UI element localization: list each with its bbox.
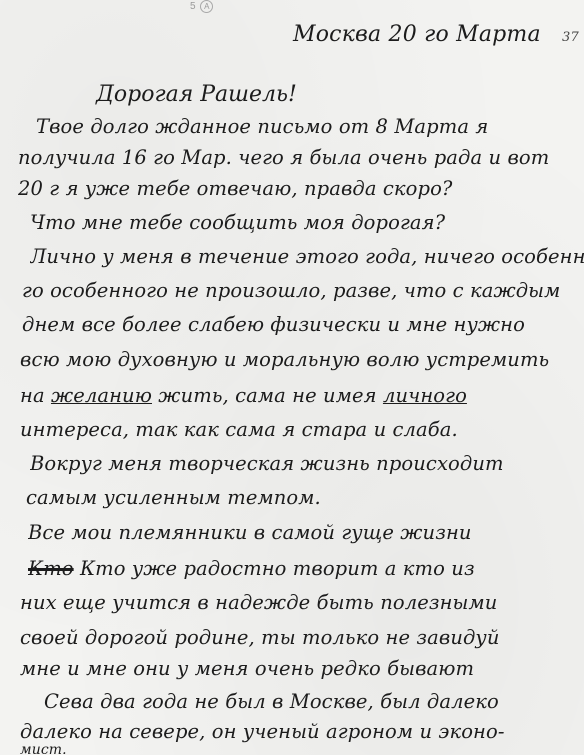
dateline-year: 37 г. <box>562 30 584 45</box>
dateline-place-date: Москва 20 го Марта <box>293 22 541 47</box>
dateline: Москва 20 го Марта 37 г. <box>293 22 584 47</box>
struck-word: Кто <box>28 557 74 580</box>
letter-line: всю мою духовную и моральную волю устрем… <box>20 348 584 371</box>
letter-line: своей дорогой родине, ты только не завид… <box>20 626 584 649</box>
letter-line: Кто Кто уже радостно творит а кто из <box>28 557 584 580</box>
letter-line: далеко на севере, он ученый агроном и эк… <box>20 720 584 743</box>
letter-line: интереса, так как сама я стара и слаба. <box>20 418 584 441</box>
letter-line: Лично у меня в течение этого года, ничег… <box>30 245 584 268</box>
archive-number: 5 <box>190 1 196 12</box>
letter-line: Что мне тебе сообщить моя дорогая? <box>30 211 584 234</box>
archive-mark: 5 A <box>190 0 213 13</box>
underlined-word: личного <box>383 384 467 407</box>
letter-line: мист. <box>20 742 584 755</box>
letter-line: Все мои племянники в самой гуще жизни <box>28 521 584 544</box>
salutation: Дорогая Рашель! <box>96 82 297 107</box>
letter-line: Сева два года не был в Москве, был далек… <box>44 690 584 713</box>
letter-line: на желанию жить, сама не имея личного <box>20 384 584 407</box>
letter-line: получила 16 го Мар. чего я была очень ра… <box>18 146 584 169</box>
archive-letter-circle: A <box>200 0 213 13</box>
letter-line-text: Кто уже радостно творит а кто из <box>80 557 475 580</box>
underlined-word: желанию <box>51 384 152 407</box>
letter-line: Твое долго жданное письмо от 8 Марта я <box>36 115 584 138</box>
letter-line: днем все более слабею физически и мне ну… <box>22 313 584 336</box>
letter-line: самым усиленным темпом. <box>26 486 584 509</box>
letter-line: Вокруг меня творческая жизнь происходит <box>30 452 584 475</box>
letter-line: мне и мне они у меня очень редко бывают <box>20 657 584 680</box>
letter-line: 20 г я уже тебе отвечаю, правда скоро? <box>18 177 584 200</box>
letter-line: них еще учится в надежде быть полезными <box>20 591 584 614</box>
letter-line: го особенного не произошло, разве, что с… <box>22 279 584 302</box>
letter-page: 5 A Москва 20 го Марта 37 г. Дорогая Раш… <box>0 0 584 755</box>
